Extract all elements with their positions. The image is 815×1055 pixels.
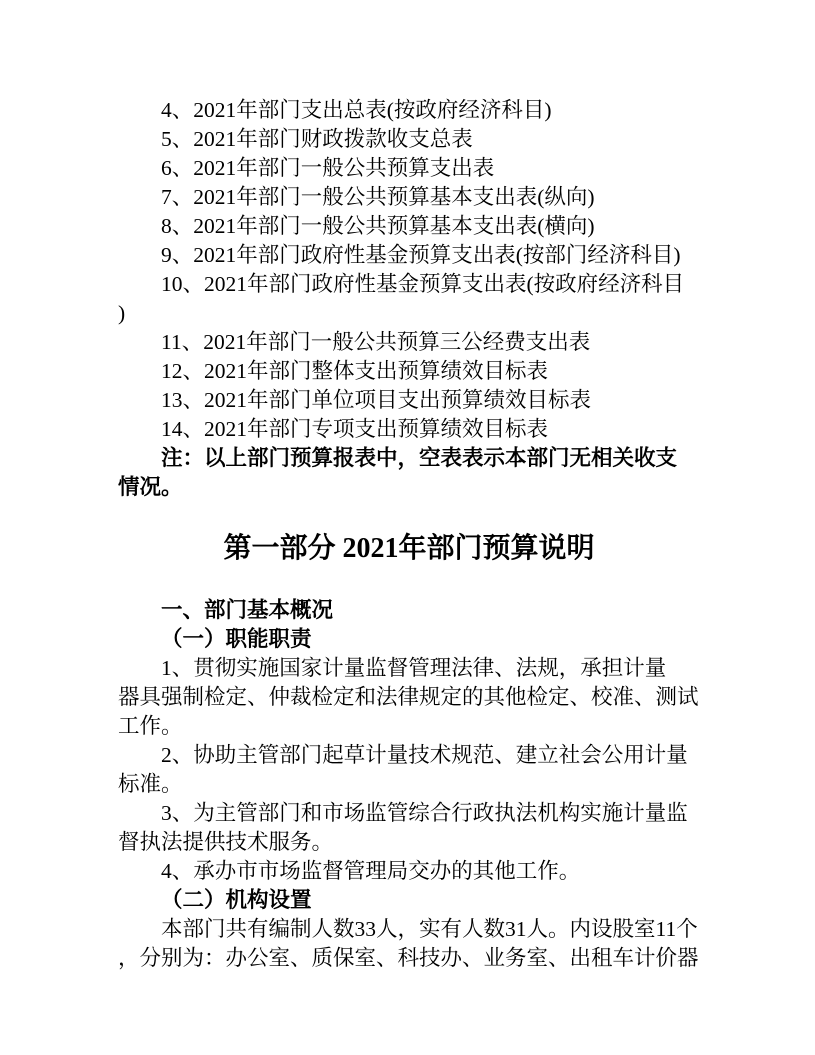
toc-line: 12、2021年部门整体支出预算绩效目标表	[118, 357, 700, 386]
duty-line: 2、协助主管部门起草计量技术规范、建立社会公用计量	[118, 741, 700, 770]
toc-line: 9、2021年部门政府性基金预算支出表(按部门经济科目)	[118, 241, 700, 270]
organization-line: ，分别为：办公室、质保室、科技办、业务室、出租车计价器	[118, 944, 700, 973]
duty-line: 3、为主管部门和市场监管综合行政执法机构实施计量监	[118, 799, 700, 828]
toc-line: 4、2021年部门支出总表(按政府经济科目)	[118, 96, 700, 125]
toc-line: 5、2021年部门财政拨款收支总表	[118, 125, 700, 154]
duty-line: 1、贯彻实施国家计量监督管理法律、法规，承担计量	[118, 654, 700, 683]
toc-line: 11、2021年部门一般公共预算三公经费支出表	[118, 328, 700, 357]
toc-line: 6、2021年部门一般公共预算支出表	[118, 154, 700, 183]
note-line: 注：以上部门预算报表中，空表表示本部门无相关收支	[118, 444, 700, 473]
toc-line: 8、2021年部门一般公共预算基本支出表(横向)	[118, 212, 700, 241]
organization-paragraph: 本部门共有编制人数33人，实有人数31人。内设股室11个，分别为：办公室、质保室…	[118, 915, 700, 973]
note-line: 情况。	[118, 473, 700, 502]
organization-line: 本部门共有编制人数33人，实有人数31人。内设股室11个	[118, 915, 700, 944]
toc-line: )	[118, 299, 700, 328]
duty-line: 4、承办市市场监督管理局交办的其他工作。	[118, 857, 700, 886]
duty-line: 工作。	[118, 712, 700, 741]
toc-line: 10、2021年部门政府性基金预算支出表(按政府经济科目	[118, 270, 700, 299]
toc-list: 4、2021年部门支出总表(按政府经济科目)5、2021年部门财政拨款收支总表6…	[118, 96, 700, 444]
duty-line: 器具强制检定、仲裁检定和法律规定的其他检定、校准、测试	[118, 683, 700, 712]
subsection-two-title: （二）机构设置	[118, 886, 700, 915]
subsection-one-title: （一）职能职责	[118, 625, 700, 654]
duty-line: 标准。	[118, 770, 700, 799]
duty-line: 督执法提供技术服务。	[118, 828, 700, 857]
section-one-title: 一、部门基本概况	[118, 596, 700, 625]
document-page: 4、2021年部门支出总表(按政府经济科目)5、2021年部门财政拨款收支总表6…	[0, 0, 815, 1055]
note-block: 注：以上部门预算报表中，空表表示本部门无相关收支情况。	[118, 444, 700, 502]
toc-line: 7、2021年部门一般公共预算基本支出表(纵向)	[118, 183, 700, 212]
duties-paragraphs: 1、贯彻实施国家计量监督管理法律、法规，承担计量器具强制检定、仲裁检定和法律规定…	[118, 654, 700, 886]
toc-line: 14、2021年部门专项支出预算绩效目标表	[118, 415, 700, 444]
toc-line: 13、2021年部门单位项目支出预算绩效目标表	[118, 386, 700, 415]
part-heading: 第一部分 2021年部门预算说明	[118, 530, 700, 568]
